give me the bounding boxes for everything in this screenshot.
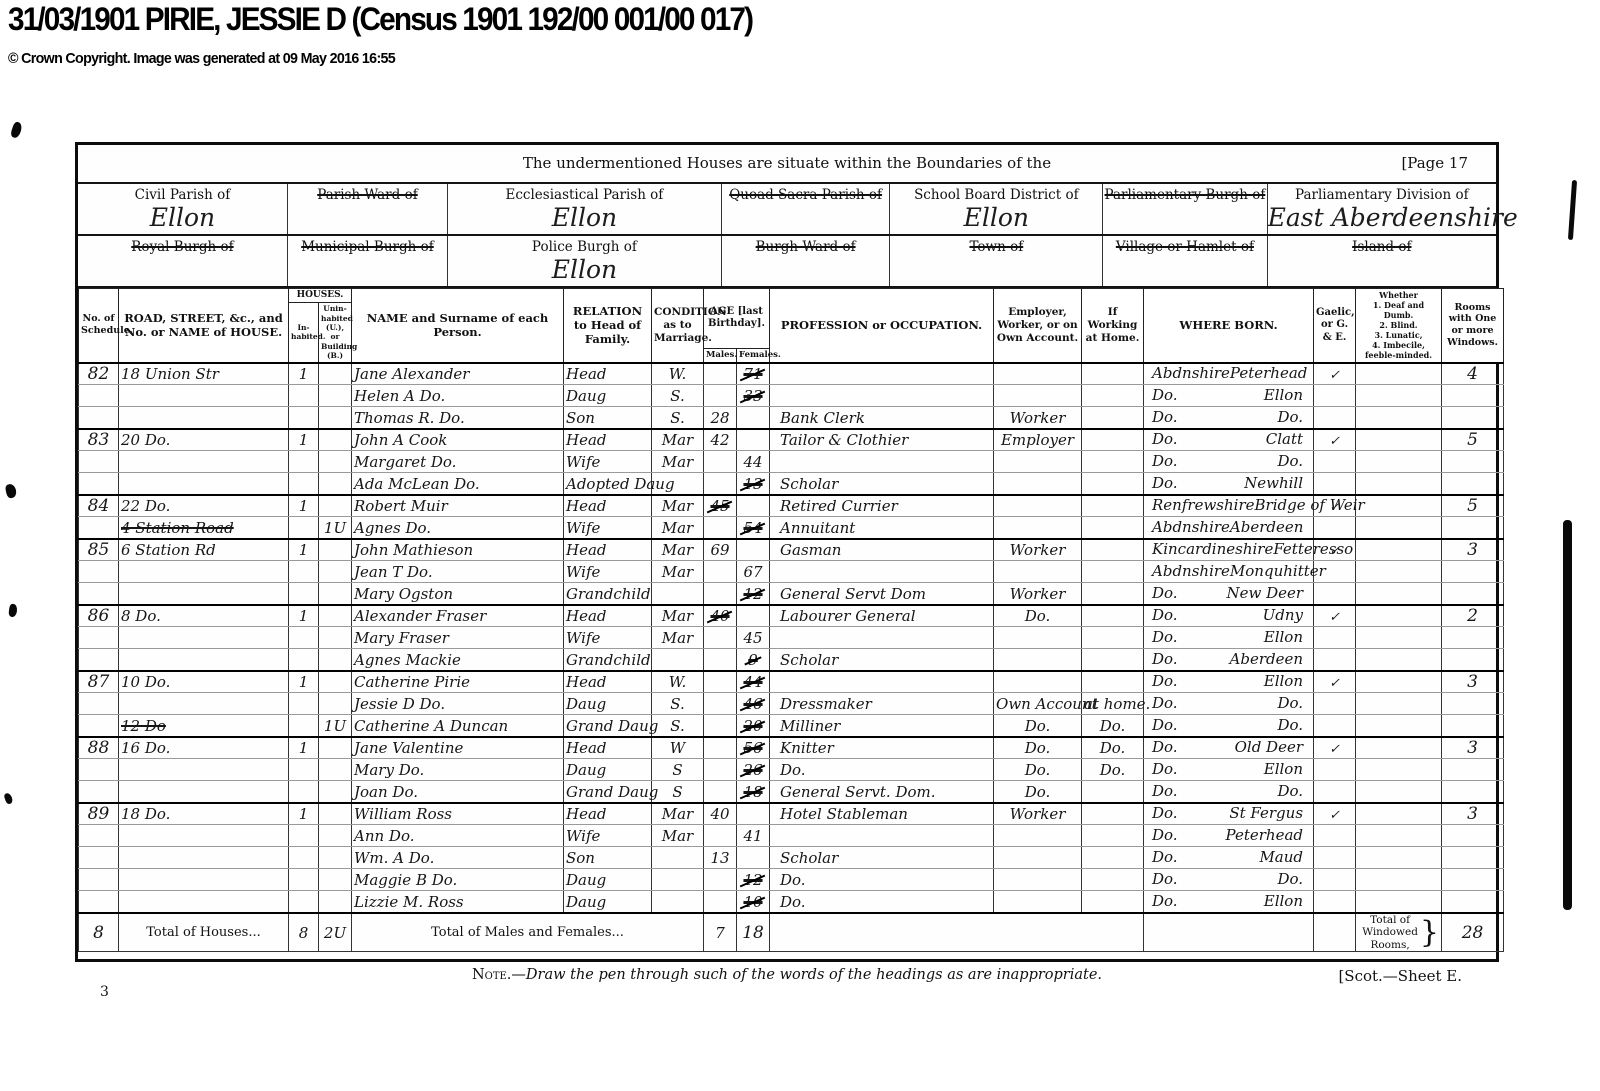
relation-cell: Daug bbox=[564, 891, 652, 913]
employer-cell bbox=[994, 891, 1082, 913]
employer-cell: Worker bbox=[994, 539, 1082, 561]
employer-cell bbox=[994, 825, 1082, 847]
infirmity-cell bbox=[1356, 539, 1442, 561]
at-home-cell: at home. bbox=[1082, 693, 1144, 715]
where-born-cell: RenfrewshireBridge of Weir bbox=[1144, 495, 1314, 517]
name-cell: Alexander Fraser bbox=[352, 605, 564, 627]
age-male-cell bbox=[704, 781, 737, 803]
relation-cell: Grand Daug bbox=[564, 781, 652, 803]
district-field: Town of bbox=[890, 236, 1103, 286]
age-female-cell: 26 bbox=[737, 759, 770, 781]
where-born-cell: Do.Ellon bbox=[1144, 671, 1314, 693]
col-name: NAME and Surname of each Person. bbox=[352, 289, 564, 363]
occupation-cell: Knitter bbox=[770, 737, 994, 759]
district-field: Police Burgh ofEllon bbox=[448, 236, 722, 286]
district-row: Royal Burgh ofMunicipal Burgh ofPolice B… bbox=[78, 236, 1496, 288]
road-cell: 16 Do. bbox=[119, 737, 289, 759]
census-row: Ann Do.WifeMar41Do.Peterhead bbox=[79, 825, 1504, 847]
census-row: Agnes MackieGrandchild9ScholarDo.Aberdee… bbox=[79, 649, 1504, 671]
infirmity-cell bbox=[1356, 583, 1442, 605]
at-home-cell bbox=[1082, 385, 1144, 407]
age-male-cell bbox=[704, 693, 737, 715]
census-row: Thomas R. Do.SonS.28Bank ClerkWorkerDo.D… bbox=[79, 407, 1504, 429]
age-male-cell bbox=[704, 671, 737, 693]
district-field-value: Ellon bbox=[448, 257, 721, 282]
name-cell: Joan Do. bbox=[352, 781, 564, 803]
col-males: Males. bbox=[704, 348, 737, 362]
occupation-cell bbox=[770, 561, 994, 583]
condition-cell bbox=[652, 891, 704, 913]
district-field-value: East Aberdeenshire bbox=[1268, 205, 1496, 230]
employer-cell: Do. bbox=[994, 715, 1082, 737]
relation-cell: Daug bbox=[564, 759, 652, 781]
district-field-label: Town of bbox=[890, 239, 1102, 255]
relation-cell: Adopted Daug bbox=[564, 473, 652, 495]
age-male-cell bbox=[704, 627, 737, 649]
schedule-cell bbox=[79, 869, 119, 891]
condition-cell: Mar bbox=[652, 825, 704, 847]
copyright-line: © Crown Copyright. Image was generated a… bbox=[8, 50, 395, 67]
infirmity-cell bbox=[1356, 407, 1442, 429]
where-born-cell: Do.Ellon bbox=[1144, 385, 1314, 407]
boundaries-heading: The undermentioned Houses are situate wi… bbox=[78, 154, 1496, 172]
uninhabited-cell bbox=[319, 451, 352, 473]
relation-cell: Daug bbox=[564, 385, 652, 407]
inhabited-cell bbox=[289, 649, 319, 671]
age-female-cell bbox=[737, 847, 770, 869]
infirmity-cell bbox=[1356, 495, 1442, 517]
where-born-cell: Do.Ellon bbox=[1144, 759, 1314, 781]
schedule-cell bbox=[79, 781, 119, 803]
relation-cell: Daug bbox=[564, 869, 652, 891]
schedule-cell: 87 bbox=[79, 671, 119, 693]
road-cell: 6 Station Rd bbox=[119, 539, 289, 561]
age-male-cell bbox=[704, 759, 737, 781]
bottom-page-number: 3 bbox=[100, 984, 109, 1000]
census-row: 8422 Do.1Robert MuirHeadMar45Retired Cur… bbox=[79, 495, 1504, 517]
occupation-cell: General Servt. Dom. bbox=[770, 781, 994, 803]
age-female-cell bbox=[737, 495, 770, 517]
schedule-cell bbox=[79, 517, 119, 539]
age-male-cell: 13 bbox=[704, 847, 737, 869]
name-cell: Mary Do. bbox=[352, 759, 564, 781]
uninhabited-cell bbox=[319, 869, 352, 891]
name-cell: Robert Muir bbox=[352, 495, 564, 517]
census-row: 12 Do1UCatherine A DuncanGrand DaugS.20M… bbox=[79, 715, 1504, 737]
col-road: ROAD, STREET, &c., and No. or NAME of HO… bbox=[119, 289, 289, 363]
age-female-cell: 45 bbox=[737, 627, 770, 649]
name-cell: Jane Alexander bbox=[352, 363, 564, 385]
relation-cell: Head bbox=[564, 803, 652, 825]
inhabited-cell: 1 bbox=[289, 363, 319, 385]
tick-mark-icon: ✓ bbox=[1329, 434, 1340, 449]
at-home-cell: Do. bbox=[1082, 737, 1144, 759]
condition-cell: S. bbox=[652, 407, 704, 429]
road-cell: 12 Do bbox=[119, 715, 289, 737]
inhabited-cell bbox=[289, 385, 319, 407]
employer-cell bbox=[994, 671, 1082, 693]
page-label: [Page 17 bbox=[1401, 154, 1468, 172]
where-born-cell: Do.Newhill bbox=[1144, 473, 1314, 495]
where-born-cell: Do.New Deer bbox=[1144, 583, 1314, 605]
condition-cell bbox=[652, 869, 704, 891]
age-male-cell bbox=[704, 649, 737, 671]
census-row: Jean T Do.WifeMar67AbdnshireMonquhitter bbox=[79, 561, 1504, 583]
inhabited-cell bbox=[289, 781, 319, 803]
employer-cell bbox=[994, 385, 1082, 407]
gaelic-cell: ✓ bbox=[1314, 737, 1356, 759]
schedule-cell bbox=[79, 561, 119, 583]
name-cell: John A Cook bbox=[352, 429, 564, 451]
district-field-label: Ecclesiastical Parish of bbox=[448, 187, 721, 203]
name-cell: Jane Valentine bbox=[352, 737, 564, 759]
district-row: Civil Parish ofEllonParish Ward ofEccles… bbox=[78, 184, 1496, 236]
col-age: AGE [last Birthday]. bbox=[704, 289, 770, 349]
occupation-cell: Scholar bbox=[770, 649, 994, 671]
name-cell: Agnes Mackie bbox=[352, 649, 564, 671]
rooms-cell bbox=[1442, 847, 1504, 869]
district-field: Municipal Burgh of bbox=[288, 236, 448, 286]
infirmity-cell bbox=[1356, 561, 1442, 583]
col-condition: CONDITION as to Marriage. bbox=[652, 289, 704, 363]
gaelic-cell bbox=[1314, 451, 1356, 473]
condition-cell: Mar bbox=[652, 539, 704, 561]
gaelic-cell bbox=[1314, 649, 1356, 671]
relation-cell: Head bbox=[564, 363, 652, 385]
condition-cell: W bbox=[652, 737, 704, 759]
age-male-cell: 40 bbox=[704, 605, 737, 627]
uninhabited-cell bbox=[319, 803, 352, 825]
at-home-cell bbox=[1082, 407, 1144, 429]
age-female-cell: 20 bbox=[737, 715, 770, 737]
rooms-cell bbox=[1442, 715, 1504, 737]
tick-mark-icon: ✓ bbox=[1329, 808, 1340, 823]
occupation-cell: Annuitant bbox=[770, 517, 994, 539]
census-row: 8320 Do.1John A CookHeadMar42Tailor & Cl… bbox=[79, 429, 1504, 451]
infirmity-cell bbox=[1356, 363, 1442, 385]
uninhabited-cell bbox=[319, 561, 352, 583]
census-row: 868 Do.1Alexander FraserHeadMar40Laboure… bbox=[79, 605, 1504, 627]
road-cell: 18 Do. bbox=[119, 803, 289, 825]
at-home-cell bbox=[1082, 473, 1144, 495]
inhabited-cell bbox=[289, 825, 319, 847]
district-field-label: Village or Hamlet of bbox=[1103, 239, 1266, 255]
inhabited-cell bbox=[289, 473, 319, 495]
age-male-cell: 28 bbox=[704, 407, 737, 429]
schedule-cell: 82 bbox=[79, 363, 119, 385]
district-field: Island of bbox=[1268, 236, 1496, 286]
col-profession: PROFESSION or OCCUPATION. bbox=[770, 289, 994, 363]
gaelic-cell bbox=[1314, 825, 1356, 847]
condition-cell: Mar bbox=[652, 495, 704, 517]
uninhabited-cell bbox=[319, 407, 352, 429]
age-female-cell: 33 bbox=[737, 385, 770, 407]
age-male-cell bbox=[704, 517, 737, 539]
road-cell bbox=[119, 385, 289, 407]
inhabited-cell: 1 bbox=[289, 539, 319, 561]
where-born-cell: Do.Clatt bbox=[1144, 429, 1314, 451]
where-born-cell: Do.Peterhead bbox=[1144, 825, 1314, 847]
total-houses-label: Total of Houses... bbox=[119, 913, 289, 952]
uninhabited-cell bbox=[319, 891, 352, 913]
name-cell: Ada McLean Do. bbox=[352, 473, 564, 495]
uninhabited-cell bbox=[319, 583, 352, 605]
census-row: Ada McLean Do.Adopted Daug13ScholarDo.Ne… bbox=[79, 473, 1504, 495]
schedule-cell bbox=[79, 649, 119, 671]
uninhabited-cell bbox=[319, 737, 352, 759]
inhabited-cell bbox=[289, 693, 319, 715]
census-table: No. of Schedule. ROAD, STREET, &c., and … bbox=[78, 288, 1504, 952]
road-cell bbox=[119, 407, 289, 429]
inhabited-cell: 1 bbox=[289, 495, 319, 517]
census-row: 8218 Union Str1Jane AlexanderHeadW.71Abd… bbox=[79, 363, 1504, 385]
relation-cell: Wife bbox=[564, 561, 652, 583]
relation-cell: Head bbox=[564, 737, 652, 759]
employer-cell: Worker bbox=[994, 803, 1082, 825]
employer-cell bbox=[994, 363, 1082, 385]
col-schedule: No. of Schedule. bbox=[79, 289, 119, 363]
schedule-cell bbox=[79, 627, 119, 649]
uninhabited-cell bbox=[319, 363, 352, 385]
employer-cell bbox=[994, 473, 1082, 495]
census-row: Lizzie M. RossDaug10Do.Do.Ellon bbox=[79, 891, 1504, 913]
occupation-cell: Milliner bbox=[770, 715, 994, 737]
gaelic-cell bbox=[1314, 407, 1356, 429]
windowed-rooms-label-cell: Total of Windowed Rooms, } bbox=[1356, 913, 1442, 952]
census-row: 8816 Do.1Jane ValentineHeadW56KnitterDo.… bbox=[79, 737, 1504, 759]
name-cell: Agnes Do. bbox=[352, 517, 564, 539]
condition-cell: W. bbox=[652, 363, 704, 385]
sheet-label: [Scot.—Sheet E. bbox=[1338, 967, 1462, 985]
age-male-cell bbox=[704, 473, 737, 495]
age-male-cell bbox=[704, 891, 737, 913]
employer-cell: Worker bbox=[994, 407, 1082, 429]
road-cell bbox=[119, 627, 289, 649]
at-home-cell bbox=[1082, 891, 1144, 913]
rooms-cell: 3 bbox=[1442, 803, 1504, 825]
rooms-cell bbox=[1442, 473, 1504, 495]
where-born-cell: Do.Old Deer bbox=[1144, 737, 1314, 759]
name-cell: William Ross bbox=[352, 803, 564, 825]
employer-cell: Own Account bbox=[994, 693, 1082, 715]
gaelic-cell bbox=[1314, 517, 1356, 539]
census-document: The undermentioned Houses are situate wi… bbox=[75, 142, 1499, 962]
census-row: 8918 Do.1William RossHeadMar40Hotel Stab… bbox=[79, 803, 1504, 825]
schedule-cell bbox=[79, 693, 119, 715]
district-field: Village or Hamlet of bbox=[1103, 236, 1267, 286]
age-female-cell: 12 bbox=[737, 583, 770, 605]
name-cell: Margaret Do. bbox=[352, 451, 564, 473]
occupation-cell: Retired Currier bbox=[770, 495, 994, 517]
col-houses: HOUSES. bbox=[289, 289, 352, 303]
occupation-cell bbox=[770, 363, 994, 385]
occupation-cell: Do. bbox=[770, 891, 994, 913]
condition-cell bbox=[652, 583, 704, 605]
employer-cell bbox=[994, 627, 1082, 649]
occupation-cell bbox=[770, 627, 994, 649]
at-home-cell bbox=[1082, 649, 1144, 671]
col-inhabited: In-habited. bbox=[289, 303, 319, 363]
where-born-cell: Do.Aberdeen bbox=[1144, 649, 1314, 671]
schedule-cell bbox=[79, 759, 119, 781]
infirmity-cell bbox=[1356, 869, 1442, 891]
road-cell bbox=[119, 561, 289, 583]
at-home-cell bbox=[1082, 429, 1144, 451]
condition-cell: Mar bbox=[652, 605, 704, 627]
gaelic-cell bbox=[1314, 891, 1356, 913]
where-born-cell: Do.St Fergus bbox=[1144, 803, 1314, 825]
census-row: Mary OgstonGrandchild12General Servt Dom… bbox=[79, 583, 1504, 605]
census-row: 4 Station Road1UAgnes Do.WifeMar54Annuit… bbox=[79, 517, 1504, 539]
road-cell bbox=[119, 891, 289, 913]
condition-cell bbox=[652, 649, 704, 671]
district-field: Parliamentary Burgh of bbox=[1103, 184, 1267, 234]
district-field: Parliamentary Division ofEast Aberdeensh… bbox=[1268, 184, 1496, 234]
age-female-cell: 10 bbox=[737, 891, 770, 913]
rooms-cell bbox=[1442, 407, 1504, 429]
occupation-cell: Do. bbox=[770, 759, 994, 781]
age-female-cell bbox=[737, 605, 770, 627]
employer-cell bbox=[994, 451, 1082, 473]
infirmity-cell bbox=[1356, 781, 1442, 803]
condition-cell bbox=[652, 847, 704, 869]
district-field-label: Parish Ward of bbox=[288, 187, 447, 203]
census-row: Helen A Do.DaugS.33Do.Ellon bbox=[79, 385, 1504, 407]
col-at-home: If Working at Home. bbox=[1082, 289, 1144, 363]
inhabited-cell: 1 bbox=[289, 605, 319, 627]
district-field: Parish Ward of bbox=[288, 184, 448, 234]
infirmity-cell bbox=[1356, 385, 1442, 407]
infirmity-cell bbox=[1356, 825, 1442, 847]
employer-cell: Do. bbox=[994, 781, 1082, 803]
schedule-cell: 86 bbox=[79, 605, 119, 627]
age-male-cell bbox=[704, 385, 737, 407]
uninhabited-cell: 1U bbox=[319, 517, 352, 539]
employer-cell: Employer bbox=[994, 429, 1082, 451]
col-females: Females. bbox=[737, 348, 770, 362]
rooms-cell bbox=[1442, 385, 1504, 407]
col-rooms: Rooms with One or more Windows. bbox=[1442, 289, 1504, 363]
age-female-cell: 9 bbox=[737, 649, 770, 671]
where-born-cell: Do.Do. bbox=[1144, 407, 1314, 429]
occupation-cell bbox=[770, 671, 994, 693]
district-field-label: Civil Parish of bbox=[78, 187, 287, 203]
relation-cell: Son bbox=[564, 407, 652, 429]
name-cell: Helen A Do. bbox=[352, 385, 564, 407]
name-cell: Jessie D Do. bbox=[352, 693, 564, 715]
infirmity-cell bbox=[1356, 429, 1442, 451]
occupation-cell: General Servt Dom bbox=[770, 583, 994, 605]
age-male-cell bbox=[704, 451, 737, 473]
occupation-cell bbox=[770, 385, 994, 407]
where-born-cell: Do.Ellon bbox=[1144, 627, 1314, 649]
age-male-cell bbox=[704, 561, 737, 583]
rooms-cell: 5 bbox=[1442, 429, 1504, 451]
scan-artifact bbox=[8, 604, 18, 618]
uninhabited-cell bbox=[319, 605, 352, 627]
scan-artifact bbox=[1563, 520, 1572, 910]
col-where-born: WHERE BORN. bbox=[1144, 289, 1314, 363]
rooms-cell bbox=[1442, 781, 1504, 803]
road-cell: 10 Do. bbox=[119, 671, 289, 693]
name-cell: Maggie B Do. bbox=[352, 869, 564, 891]
rooms-cell bbox=[1442, 517, 1504, 539]
condition-cell: Mar bbox=[652, 429, 704, 451]
tick-mark-icon: ✓ bbox=[1329, 610, 1340, 625]
tick-mark-icon: ✓ bbox=[1329, 500, 1340, 515]
schedule-total-cell: 8 bbox=[79, 913, 119, 952]
condition-cell: Mar bbox=[652, 803, 704, 825]
gaelic-cell: ✓ bbox=[1314, 429, 1356, 451]
rooms-cell bbox=[1442, 693, 1504, 715]
district-field-label: Parliamentary Division of bbox=[1268, 187, 1496, 203]
at-home-cell: Do. bbox=[1082, 759, 1144, 781]
census-row: Mary FraserWifeMar45Do.Ellon bbox=[79, 627, 1504, 649]
schedule-cell bbox=[79, 451, 119, 473]
employer-cell bbox=[994, 869, 1082, 891]
road-cell: 22 Do. bbox=[119, 495, 289, 517]
occupation-cell: Gasman bbox=[770, 539, 994, 561]
road-cell bbox=[119, 825, 289, 847]
uninhabited-cell: 1U bbox=[319, 715, 352, 737]
occupation-cell: Scholar bbox=[770, 473, 994, 495]
age-female-cell: 44 bbox=[737, 451, 770, 473]
at-home-cell bbox=[1082, 781, 1144, 803]
employer-cell bbox=[994, 847, 1082, 869]
uninhabited-cell bbox=[319, 495, 352, 517]
tick-mark-icon: ✓ bbox=[1329, 676, 1340, 691]
infirmity-cell bbox=[1356, 715, 1442, 737]
relation-cell: Grand Daug bbox=[564, 715, 652, 737]
inhabited-cell: 1 bbox=[289, 803, 319, 825]
census-row: 8710 Do.1Catherine PirieHeadW.44Do.Ellon… bbox=[79, 671, 1504, 693]
census-row: Maggie B Do.Daug12Do.Do.Do. bbox=[79, 869, 1504, 891]
name-cell: Mary Ogston bbox=[352, 583, 564, 605]
rooms-cell bbox=[1442, 825, 1504, 847]
relation-cell: Grandchild bbox=[564, 649, 652, 671]
schedule-cell bbox=[79, 825, 119, 847]
rooms-cell: 3 bbox=[1442, 539, 1504, 561]
occupation-cell: Hotel Stableman bbox=[770, 803, 994, 825]
where-born-cell: Do.Do. bbox=[1144, 693, 1314, 715]
uninhabited-cell bbox=[319, 781, 352, 803]
condition-cell: S. bbox=[652, 693, 704, 715]
age-female-cell bbox=[737, 539, 770, 561]
inhabited-cell bbox=[289, 583, 319, 605]
district-header: Civil Parish ofEllonParish Ward ofEccles… bbox=[78, 184, 1496, 288]
inhabited-cell bbox=[289, 561, 319, 583]
inhabited-cell: 1 bbox=[289, 429, 319, 451]
employer-cell bbox=[994, 495, 1082, 517]
houses-uninhabited-total: 2U bbox=[319, 913, 352, 952]
relation-cell: Wife bbox=[564, 517, 652, 539]
inhabited-cell bbox=[289, 407, 319, 429]
rooms-cell bbox=[1442, 891, 1504, 913]
totals-blank-gaelic bbox=[1314, 913, 1356, 952]
at-home-cell bbox=[1082, 363, 1144, 385]
rooms-cell: 4 bbox=[1442, 363, 1504, 385]
gaelic-cell: ✓ bbox=[1314, 671, 1356, 693]
name-cell: Thomas R. Do. bbox=[352, 407, 564, 429]
at-home-cell bbox=[1082, 825, 1144, 847]
rooms-cell bbox=[1442, 561, 1504, 583]
uninhabited-cell bbox=[319, 539, 352, 561]
rooms-cell bbox=[1442, 451, 1504, 473]
name-cell: Catherine A Duncan bbox=[352, 715, 564, 737]
schedule-cell bbox=[79, 715, 119, 737]
district-field-label: Parliamentary Burgh of bbox=[1103, 187, 1266, 203]
infirmity-cell bbox=[1356, 671, 1442, 693]
